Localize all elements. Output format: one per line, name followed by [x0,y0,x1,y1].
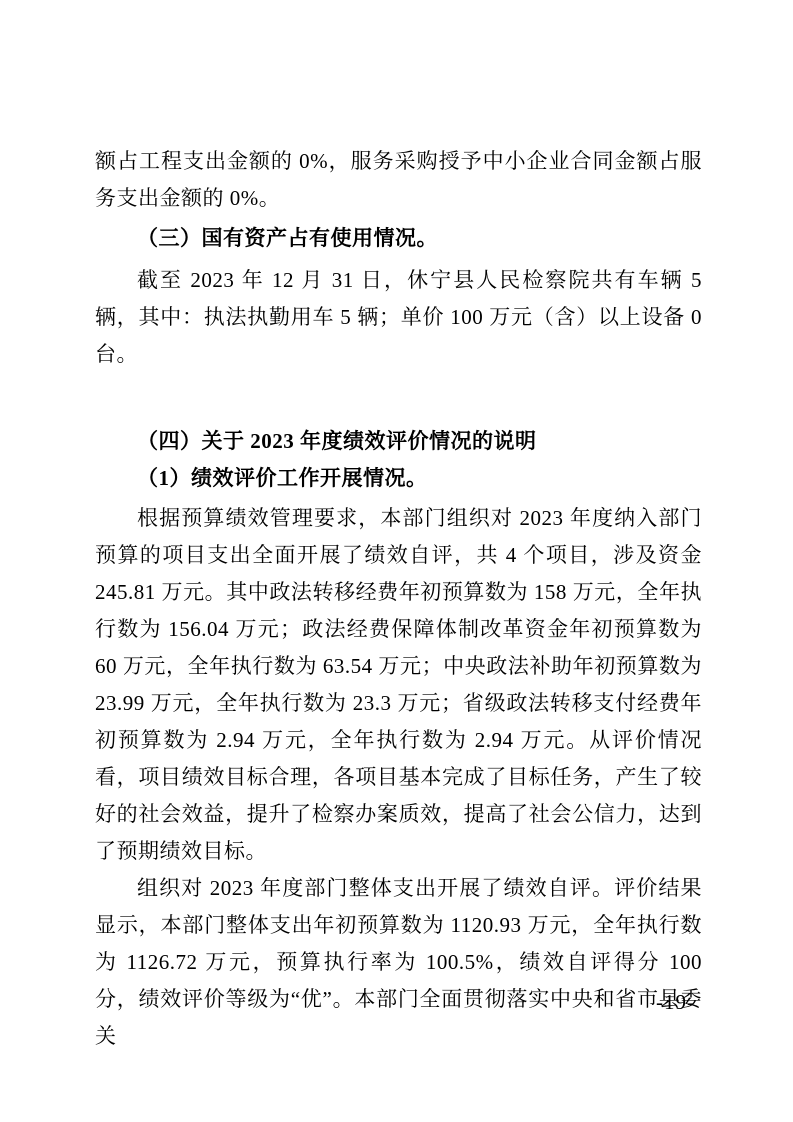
paragraph-procurement-continuation: 额占工程支出金额的 0%，服务采购授予中小企业合同金额占服务支出金额的 0%。 [95,143,702,217]
section-4-heading: （四）关于 2023 年度绩效评价情况的说明 [95,423,702,460]
paragraph-overall-self-evaluation: 组织对 2023 年度部门整体支出开展了绩效自评。评价结果显示，本部门整体支出年… [95,870,702,1055]
document-page: 额占工程支出金额的 0%，服务采购授予中小企业合同金额占服务支出金额的 0%。 … [0,0,793,1122]
paragraph-project-self-evaluation: 根据预算绩效管理要求，本部门组织对 2023 年度纳入部门预算的项目支出全面开展… [95,500,702,870]
paragraph-state-assets: 截至 2023 年 12 月 31 日，休宁县人民检察院共有车辆 5 辆，其中：… [95,262,702,373]
page-number: -19- [656,990,695,1014]
section-3-heading: （三）国有资产占有使用情况。 [95,220,702,257]
section-4-sub-1-heading: （1）绩效评价工作开展情况。 [95,460,702,497]
document-content: 额占工程支出金额的 0%，服务采购授予中小企业合同金额占服务支出金额的 0%。 … [95,143,702,1055]
